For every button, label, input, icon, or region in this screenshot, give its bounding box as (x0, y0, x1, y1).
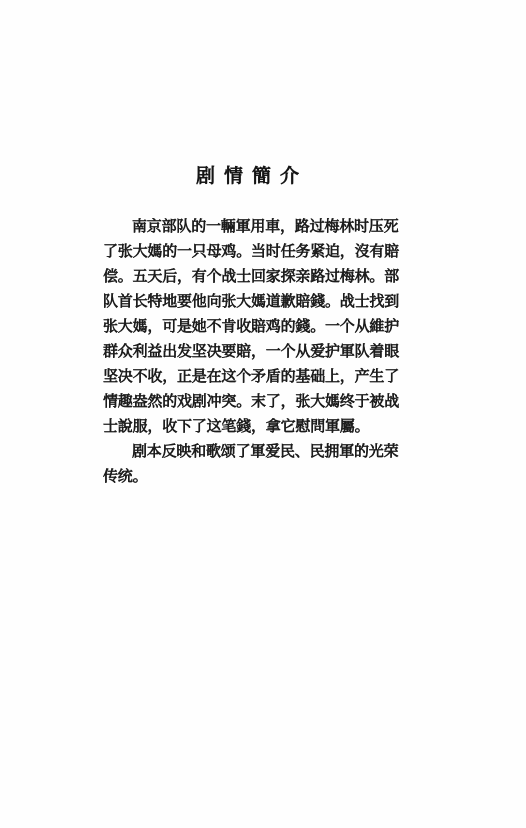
page-title: 剧情簡介 (0, 161, 526, 188)
text-line: 传统。 (103, 465, 409, 490)
text-line: 剧本反映和歌颂了軍爱民、民拥軍的光荣 (103, 440, 409, 465)
text-line: 队首长特地要他向张大媽道歉賠錢。战士找到 (103, 290, 409, 315)
text-line: 了张大媽的一只母鸡。当时任务紧迫，沒有賠 (103, 240, 409, 265)
text-line: 情趣盎然的戏剧冲突。末了，张大媽终于被战 (103, 390, 409, 415)
text-line: 坚决不收，正是在这个矛盾的基础上，产生了 (103, 365, 409, 390)
plot-summary-text: 南京部队的一輛軍用車，路过梅林时压死 了张大媽的一只母鸡。当时任务紧迫，沒有賠 … (103, 215, 409, 490)
text-line: 偿。五天后，有个战士回家探亲路过梅林。部 (103, 265, 409, 290)
text-line: 群众利益出发坚决要賠，一个从爱护軍队着眼 (103, 340, 409, 365)
book-page: 剧情簡介 南京部队的一輛軍用車，路过梅林时压死 了张大媽的一只母鸡。当时任务紧迫… (0, 0, 526, 828)
text-line: 士說服，收下了这笔錢，拿它慰問軍屬。 (103, 415, 409, 440)
text-line: 南京部队的一輛軍用車，路过梅林时压死 (103, 215, 409, 240)
text-line: 张大媽，可是她不肯收賠鸡的錢。一个从維护 (103, 315, 409, 340)
